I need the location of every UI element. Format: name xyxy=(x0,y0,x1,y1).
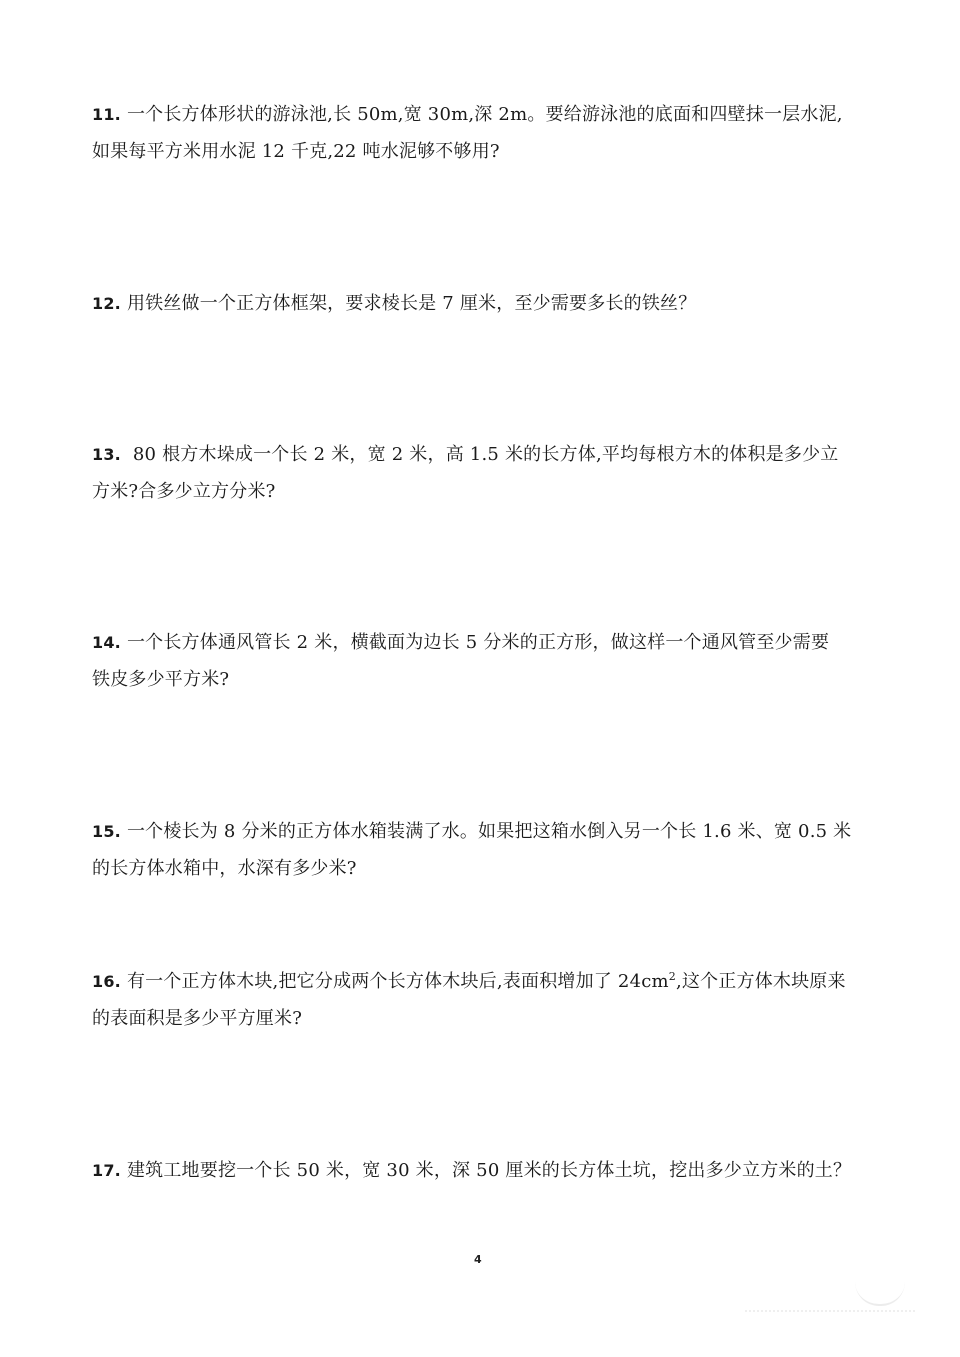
watermark-logo-icon xyxy=(855,1282,905,1306)
problem-number: 17. xyxy=(92,1161,121,1180)
problem-line: 16.有一个正方体木块,把它分成两个长方体木块后,表面积增加了 24cm2,这个… xyxy=(92,963,882,1000)
superscript: 2 xyxy=(669,970,676,983)
page-number: 4 xyxy=(474,1253,482,1266)
problem-text: 的表面积是多少平方厘米? xyxy=(92,1000,882,1037)
problem-text: 的长方体水箱中，水深有多少米? xyxy=(92,850,882,887)
problem-line: 15.一个棱长为 8 分米的正方体水箱装满了水。如果把这箱水倒入另一个长 1.6… xyxy=(92,813,882,850)
problem-number: 13. xyxy=(92,445,121,464)
problem-text: ,这个正方体木块原来 xyxy=(676,971,846,992)
problem-number: 14. xyxy=(92,633,121,652)
problem-17: 17.建筑工地要挖一个长 50 米，宽 30 米，深 50 厘米的长方体土坑，挖… xyxy=(92,1152,882,1189)
problem-text: 一个长方体形状的游泳池,长 50m,宽 30m,深 2m。要给游泳池的底面和四壁… xyxy=(127,104,843,125)
watermark-text xyxy=(745,1310,915,1315)
problem-text: 如果每平方米用水泥 12 千克,22 吨水泥够不够用? xyxy=(92,133,882,170)
watermark xyxy=(745,1282,915,1322)
problem-text: 80 根方木垛成一个长 2 米，宽 2 米，高 1.5 米的长方体,平均每根方木… xyxy=(127,444,839,465)
problem-number: 15. xyxy=(92,822,121,841)
problem-text: 用铁丝做一个正方体框架，要求棱长是 7 厘米，至少需要多长的铁丝？ xyxy=(127,293,697,314)
problem-11: 11.一个长方体形状的游泳池,长 50m,宽 30m,深 2m。要给游泳池的底面… xyxy=(92,96,882,170)
problem-text: 有一个正方体木块,把它分成两个长方体木块后,表面积增加了 24cm xyxy=(127,971,669,992)
problem-text: 一个棱长为 8 分米的正方体水箱装满了水。如果把这箱水倒入另一个长 1.6 米、… xyxy=(127,821,851,842)
problem-text: 铁皮多少平方米? xyxy=(92,661,882,698)
problem-16: 16.有一个正方体木块,把它分成两个长方体木块后,表面积增加了 24cm2,这个… xyxy=(92,963,882,1037)
problem-14: 14.一个长方体通风管长 2 米，横截面为边长 5 分米的正方形，做这样一个通风… xyxy=(92,624,882,698)
problem-line: 14.一个长方体通风管长 2 米，横截面为边长 5 分米的正方形，做这样一个通风… xyxy=(92,624,882,661)
problem-line: 13. 80 根方木垛成一个长 2 米，宽 2 米，高 1.5 米的长方体,平均… xyxy=(92,436,882,473)
problem-line: 12.用铁丝做一个正方体框架，要求棱长是 7 厘米，至少需要多长的铁丝？ xyxy=(92,285,882,322)
worksheet-page: 11.一个长方体形状的游泳池,长 50m,宽 30m,深 2m。要给游泳池的底面… xyxy=(0,0,960,1357)
problem-12: 12.用铁丝做一个正方体框架，要求棱长是 7 厘米，至少需要多长的铁丝？ xyxy=(92,285,882,322)
problem-13: 13. 80 根方木垛成一个长 2 米，宽 2 米，高 1.5 米的长方体,平均… xyxy=(92,436,882,510)
problem-number: 16. xyxy=(92,972,121,991)
problem-number: 12. xyxy=(92,294,121,313)
problem-line: 11.一个长方体形状的游泳池,长 50m,宽 30m,深 2m。要给游泳池的底面… xyxy=(92,96,882,133)
problem-number: 11. xyxy=(92,105,121,124)
problem-line: 17.建筑工地要挖一个长 50 米，宽 30 米，深 50 厘米的长方体土坑，挖… xyxy=(92,1152,882,1189)
problem-15: 15.一个棱长为 8 分米的正方体水箱装满了水。如果把这箱水倒入另一个长 1.6… xyxy=(92,813,882,887)
problem-text: 方米?合多少立方分米? xyxy=(92,473,882,510)
problem-text: 一个长方体通风管长 2 米，横截面为边长 5 分米的正方形，做这样一个通风管至少… xyxy=(127,632,829,653)
problem-text: 建筑工地要挖一个长 50 米，宽 30 米，深 50 厘米的长方体土坑，挖出多少… xyxy=(127,1160,851,1181)
